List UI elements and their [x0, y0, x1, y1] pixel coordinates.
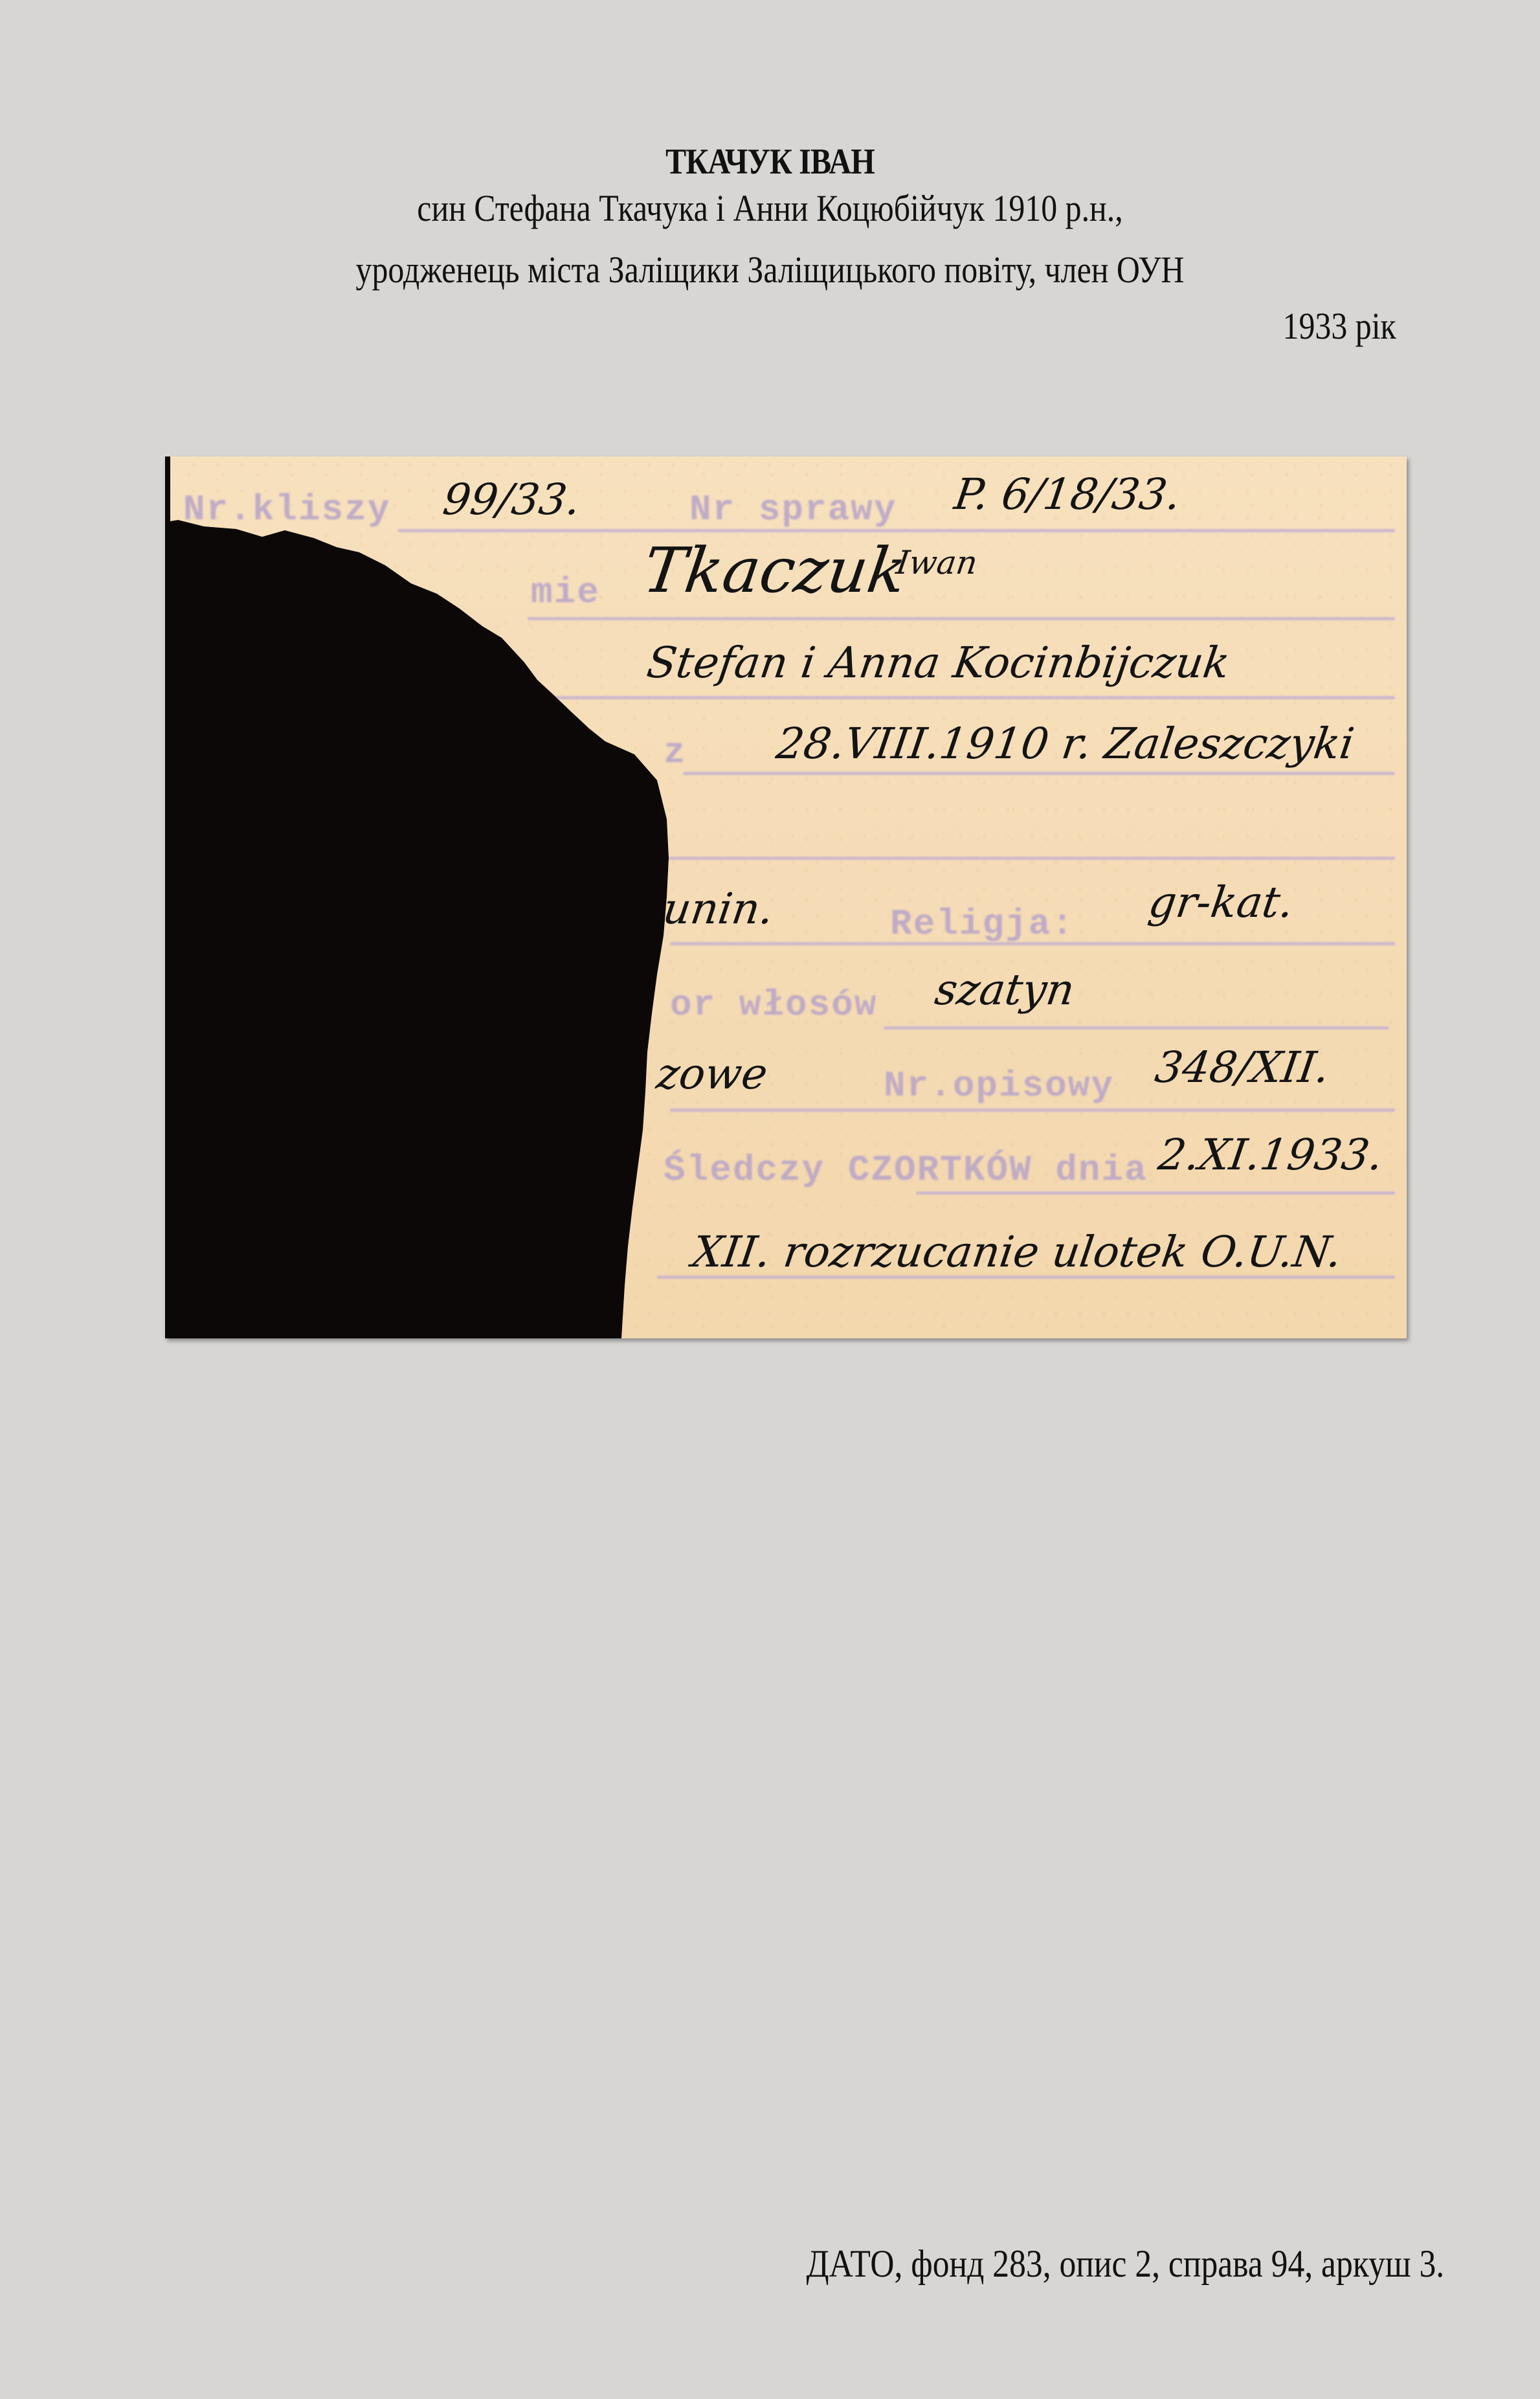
- redaction-black-area: [165, 456, 1407, 1338]
- origin-line: уродженець міста Заліщики Заліщицького п…: [108, 248, 1433, 291]
- archival-registration-card: Nr.kliszy Nr sprawy mie z Religja: or wł…: [165, 456, 1407, 1338]
- year-label: 1933 рік: [1283, 304, 1396, 348]
- archive-source-citation: ДАТО, фонд 283, опис 2, справа 94, аркуш…: [806, 2242, 1444, 2286]
- parentage-line: син Стефана Ткачука і Анни Коцюбійчук 19…: [108, 186, 1433, 230]
- person-name-title: ТКАЧУК ІВАН: [108, 141, 1433, 183]
